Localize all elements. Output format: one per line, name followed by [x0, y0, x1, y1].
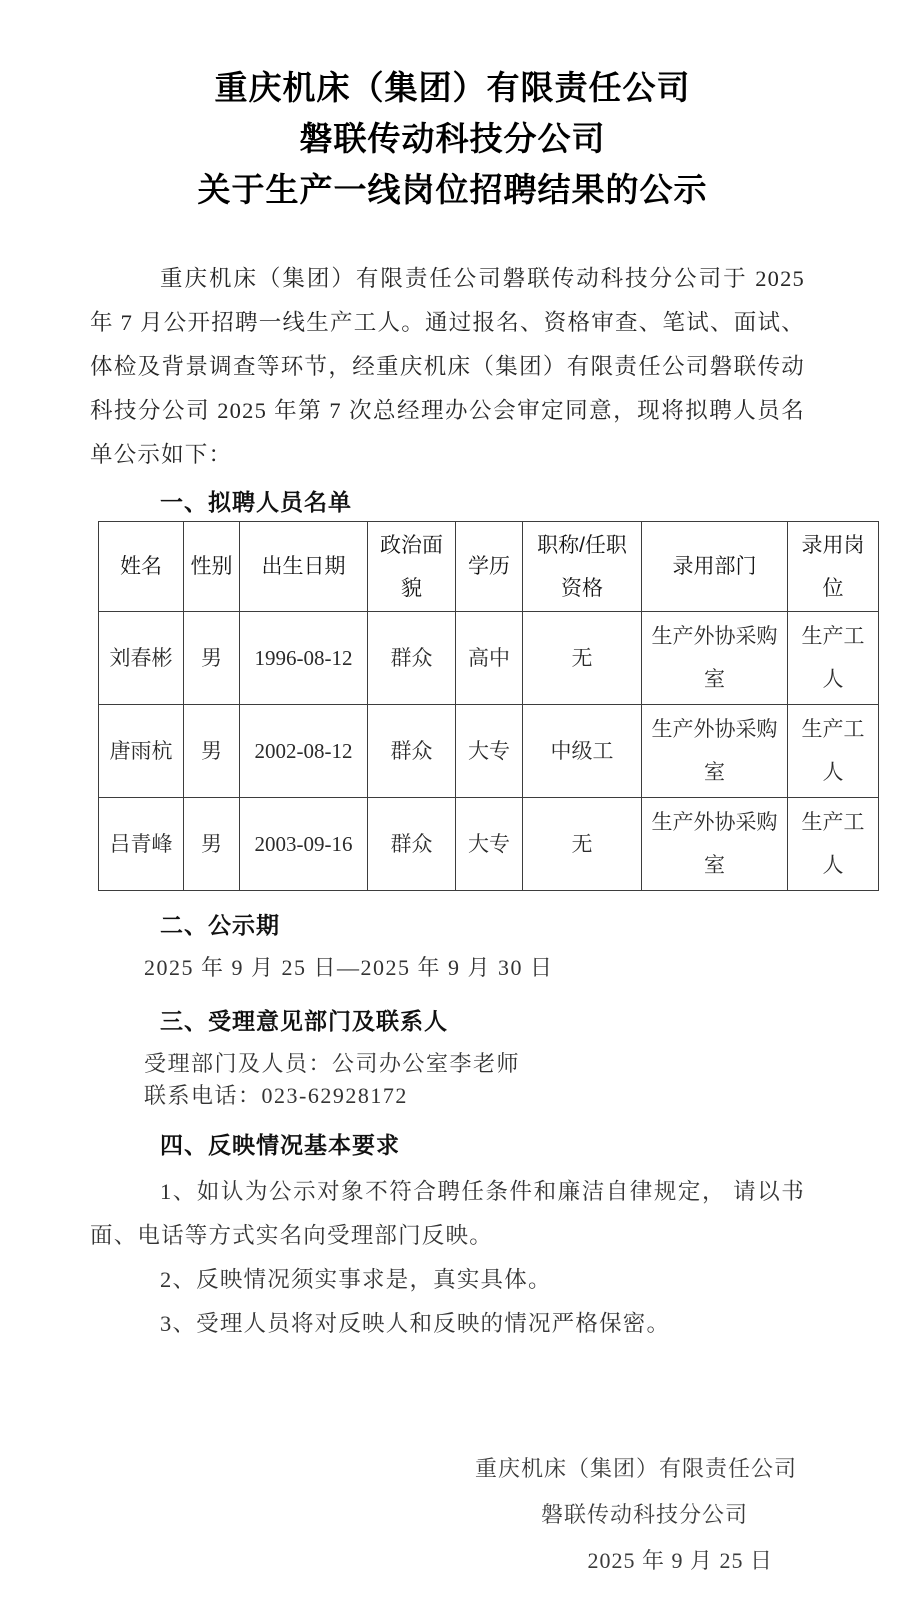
contact-phone-line: 联系电话：023-62928172 — [90, 1080, 805, 1112]
cell-position: 生产工人 — [788, 798, 879, 891]
contact-block: 受理部门及人员：公司办公室李老师 联系电话：023-62928172 — [0, 1048, 905, 1112]
cell-education: 高中 — [456, 612, 523, 705]
title-line-2: 磐联传动科技分公司 — [0, 115, 905, 166]
column-header-political: 政治面貌 — [368, 522, 456, 612]
cell-name: 唐雨杭 — [99, 705, 184, 798]
cell-position: 生产工人 — [788, 612, 879, 705]
column-header-name: 姓名 — [99, 522, 184, 612]
cell-title: 无 — [523, 612, 642, 705]
cell-political: 群众 — [368, 612, 456, 705]
recruits-table: 姓名 性别 出生日期 政治面貌 学历 职称/任职资格 录用部门 录用岗位 刘春彬… — [98, 521, 879, 891]
signature-block: 重庆机床（集团）有限责任公司 磐联传动科技分公司 2025 年 9 月 25 日 — [0, 1446, 905, 1584]
table-row: 吕青峰 男 2003-09-16 群众 大专 无 生产外协采购室 生产工人 — [99, 798, 879, 891]
title-line-3: 关于生产一线岗位招聘结果的公示 — [0, 166, 905, 217]
cell-education: 大专 — [456, 798, 523, 891]
cell-gender: 男 — [184, 798, 240, 891]
section-four-heading: 四、反映情况基本要求 — [90, 1132, 805, 1158]
cell-birthdate: 2003-09-16 — [240, 798, 368, 891]
intro-paragraph: 重庆机床（集团）有限责任公司磐联传动科技分公司于 2025 年 7 月公开招聘一… — [90, 257, 805, 477]
cell-political: 群众 — [368, 798, 456, 891]
footer-company-line1: 重庆机床（集团）有限责任公司 — [0, 1446, 905, 1492]
cell-birthdate: 2002-08-12 — [240, 705, 368, 798]
title-line-1: 重庆机床（集团）有限责任公司 — [0, 64, 905, 115]
publicity-period: 2025 年 9 月 25 日—2025 年 9 月 30 日 — [90, 952, 805, 984]
cell-birthdate: 1996-08-12 — [240, 612, 368, 705]
footer-company-line2: 磐联传动科技分公司 — [0, 1492, 905, 1538]
footer-date: 2025 年 9 月 25 日 — [0, 1538, 905, 1584]
cell-title: 中级工 — [523, 705, 642, 798]
cell-political: 群众 — [368, 705, 456, 798]
column-header-education: 学历 — [456, 522, 523, 612]
cell-position: 生产工人 — [788, 705, 879, 798]
column-header-title: 职称/任职资格 — [523, 522, 642, 612]
cell-department: 生产外协采购室 — [642, 705, 788, 798]
column-header-birthdate: 出生日期 — [240, 522, 368, 612]
requirement-item-1: 1、如认为公示对象不符合聘任条件和廉洁自律规定， 请以书面、电话等方式实名向受理… — [90, 1170, 805, 1258]
column-header-department: 录用部门 — [642, 522, 788, 612]
recruits-table-body: 刘春彬 男 1996-08-12 群众 高中 无 生产外协采购室 生产工人 唐雨… — [99, 612, 879, 891]
requirement-item-2: 2、反映情况须实事求是，真实具体。 — [90, 1258, 805, 1302]
table-row: 唐雨杭 男 2002-08-12 群众 大专 中级工 生产外协采购室 生产工人 — [99, 705, 879, 798]
cell-name: 刘春彬 — [99, 612, 184, 705]
cell-gender: 男 — [184, 612, 240, 705]
document-title: 重庆机床（集团）有限责任公司 磐联传动科技分公司 关于生产一线岗位招聘结果的公示 — [0, 0, 905, 217]
contact-person-line: 受理部门及人员：公司办公室李老师 — [90, 1048, 805, 1080]
section-two-heading: 二、公示期 — [90, 912, 805, 938]
column-header-gender: 性别 — [184, 522, 240, 612]
header-row: 姓名 性别 出生日期 政治面貌 学历 职称/任职资格 录用部门 录用岗位 — [99, 522, 879, 612]
column-header-position: 录用岗位 — [788, 522, 879, 612]
cell-name: 吕青峰 — [99, 798, 184, 891]
table-row: 刘春彬 男 1996-08-12 群众 高中 无 生产外协采购室 生产工人 — [99, 612, 879, 705]
cell-title: 无 — [523, 798, 642, 891]
cell-department: 生产外协采购室 — [642, 798, 788, 891]
cell-education: 大专 — [456, 705, 523, 798]
requirement-item-3: 3、受理人员将对反映人和反映的情况严格保密。 — [90, 1302, 805, 1346]
section-three-heading: 三、受理意见部门及联系人 — [90, 1008, 805, 1034]
recruits-table-header: 姓名 性别 出生日期 政治面貌 学历 职称/任职资格 录用部门 录用岗位 — [99, 522, 879, 612]
document-page: 重庆机床（集团）有限责任公司 磐联传动科技分公司 关于生产一线岗位招聘结果的公示… — [0, 0, 905, 1600]
cell-department: 生产外协采购室 — [642, 612, 788, 705]
requirement-items: 1、如认为公示对象不符合聘任条件和廉洁自律规定， 请以书面、电话等方式实名向受理… — [0, 1170, 905, 1346]
section-one-heading: 一、拟聘人员名单 — [90, 489, 805, 515]
cell-gender: 男 — [184, 705, 240, 798]
